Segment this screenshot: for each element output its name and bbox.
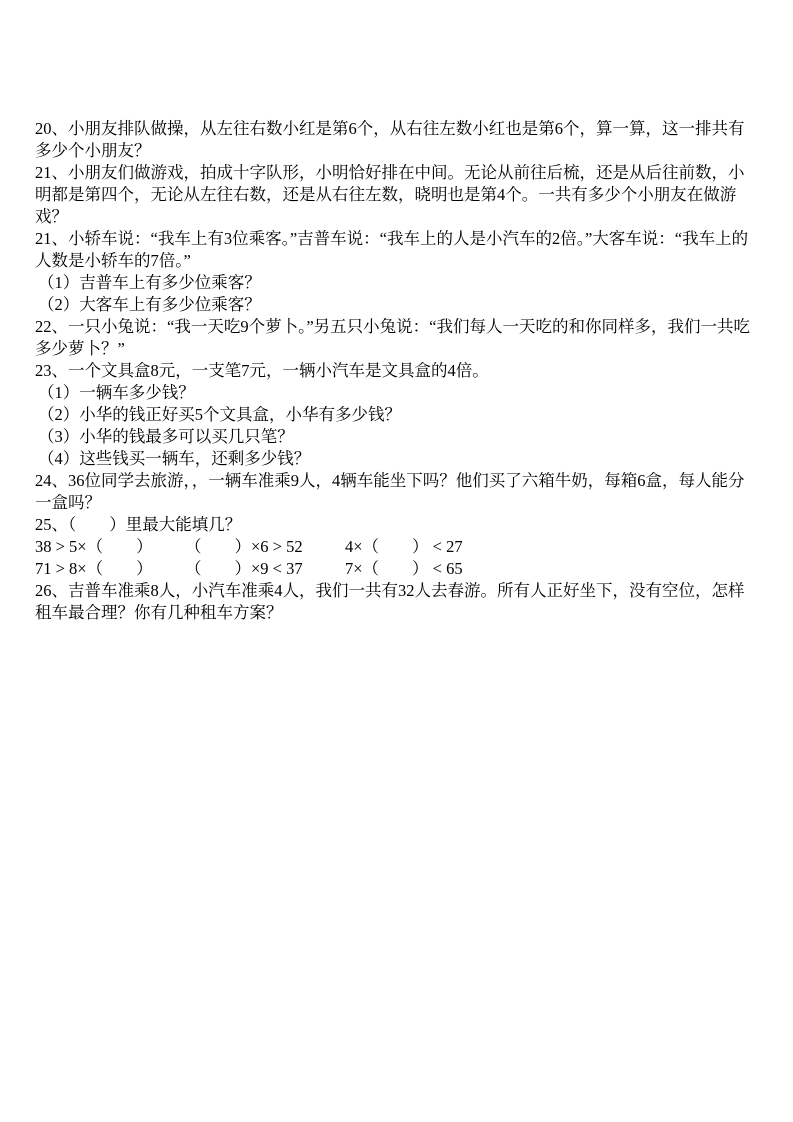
equation-blank: 38 > 5×（ ）	[35, 536, 185, 558]
problem-23-subquestion-2: （2）小华的钱正好买5个文具盒，小华有多少钱？	[35, 404, 758, 426]
problem-23-subquestion-3: （3）小华的钱最多可以买几只笔？	[35, 426, 758, 448]
equation-blank: 4×（ ） < 27	[345, 536, 463, 558]
problem-26-text: 26、吉普车准乘8人，小汽车准乘4人，我们一共有32人去春游。所有人正好坐下，没…	[35, 580, 758, 624]
worksheet-page: 20、小朋友排队做操，从左往右数小红是第6个，从右往左数小红也是第6个，算一算，…	[0, 0, 793, 1122]
problem-25-fill-in-row-1: 38 > 5×（ ） （ ）×6 > 52 4×（ ） < 27	[35, 536, 758, 558]
problem-25-text: 25、（ ）里最大能填几？	[35, 514, 758, 536]
problem-23-subquestion-1: （1）一辆车多少钱？	[35, 382, 758, 404]
problem-25-fill-in-row-2: 71 > 8×（ ） （ ）×9 < 37 7×（ ） < 65	[35, 558, 758, 580]
equation-blank: （ ）×9 < 37	[185, 558, 345, 580]
problem-23-text: 23、一个文具盒8元，一支笔7元，一辆小汽车是文具盒的4倍。	[35, 360, 758, 382]
problem-21-cars-subquestion-2: （2）大客车上有多少位乘客？	[35, 294, 758, 316]
equation-blank: 7×（ ） < 65	[345, 558, 463, 580]
equation-blank: 71 > 8×（ ）	[35, 558, 185, 580]
problem-24-text: 24、36位同学去旅游，，一辆车准乘9人，4辆车能坐下吗？他们买了六箱牛奶，每箱…	[35, 470, 758, 514]
problem-23-subquestion-4: （4）这些钱买一辆车，还剩多少钱？	[35, 448, 758, 470]
problem-21-game-text: 21、小朋友们做游戏，拍成十字队形，小明恰好排在中间。无论从前往后梳，还是从后往…	[35, 162, 758, 228]
equation-blank: （ ）×6 > 52	[185, 536, 345, 558]
problem-21-cars-subquestion-1: （1）吉普车上有多少位乘客？	[35, 272, 758, 294]
problem-22-text: 22、一只小兔说：“我一天吃9个萝卜。”另五只小兔说：“我们每人一天吃的和你同样…	[35, 316, 758, 360]
problem-20-text: 20、小朋友排队做操，从左往右数小红是第6个，从右往左数小红也是第6个，算一算，…	[35, 118, 758, 162]
problem-21-cars-text: 21、小轿车说：“我车上有3位乘客。”吉普车说：“我车上的人是小汽车的2倍。”大…	[35, 228, 758, 272]
